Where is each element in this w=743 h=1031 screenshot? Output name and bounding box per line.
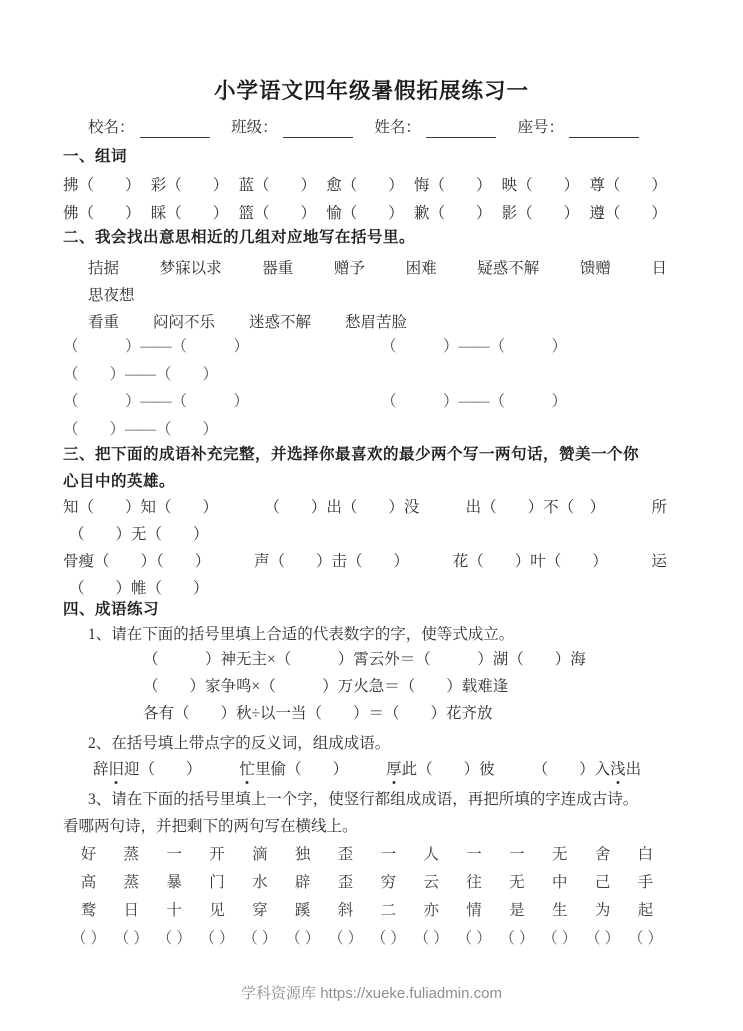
grid-col: 蒸蒸日（ ）: [114, 841, 149, 953]
grid-col: 歪歪斜（ ）: [328, 841, 363, 953]
grid-char: 日: [124, 897, 140, 925]
antonym-group: 厚此（ ）彼: [386, 759, 495, 781]
grid-col: 无中生（ ）: [542, 841, 577, 953]
answer-line: （ ）——（ ）（ ）——（ ）: [63, 333, 667, 361]
antonym-char: 此（ ）彼: [402, 761, 495, 778]
answer-line: （ ）——（ ）: [63, 416, 667, 444]
antonym-line: 辞旧迎（ ）忙里偷（ ）厚此（ ）彼（ ）入浅出: [63, 759, 697, 781]
grid-char: 门: [209, 869, 225, 897]
idiom-line-1: 知（ ）知（ ）（ ）出（ ）没出（ ）不（ ）所: [63, 494, 667, 521]
field-label: 座号：: [517, 118, 564, 138]
text-group: 声（ ）击（ ）: [254, 548, 409, 575]
zuci-pair: 歉（ ）: [414, 200, 492, 228]
grid-char: 一: [509, 841, 525, 869]
grid-char: 己: [595, 869, 611, 897]
answer-pair-right: [381, 416, 667, 444]
grid-char: 见: [209, 897, 225, 925]
answer-pair-right: [381, 361, 667, 389]
text-group: 器重: [262, 255, 293, 282]
antonym-char: （ ）入: [533, 761, 611, 778]
grid-char: 好: [81, 841, 97, 869]
zuci-pair: 尊（ ）: [589, 172, 667, 200]
page-title: 小学语文四年级暑假拓展练习一: [0, 74, 743, 105]
grid-char: 鹜: [81, 897, 97, 925]
text-group: 出（ ）不（ ）: [466, 494, 606, 521]
grid-bracket: （ ）: [200, 925, 235, 953]
zuci-pair: 遵（ ）: [589, 200, 667, 228]
grid-char: 高: [81, 869, 97, 897]
answer-line: （ ）——（ ）: [63, 361, 667, 389]
grid-char: 云: [423, 869, 439, 897]
zuci-pair: 映（ ）: [502, 172, 580, 200]
text-group: 疑惑不解: [477, 255, 539, 282]
field-label: 班级：: [231, 118, 278, 138]
grid-col: 开门见（ ）: [200, 841, 235, 953]
grid-bracket: （ ）: [585, 925, 620, 953]
word-line-3: 看重闷闷不乐迷惑不解愁眉苦脸: [63, 309, 667, 336]
grid-char: 无: [509, 869, 525, 897]
grid-char: 无: [552, 841, 568, 869]
antonym-char: 里偷（ ）: [255, 761, 348, 778]
grid-bracket: （ ）: [114, 925, 149, 953]
zuci-pair: 影（ ）: [502, 200, 580, 228]
section3-heading: 三、把下面的成语补充完整，并选择你最喜欢的最少两个写一两句话，赞美一个你心目中的…: [63, 441, 643, 495]
field-underline: [283, 122, 353, 138]
synonym-word-bank: 拮据梦寐以求器重赠予困难疑惑不解馈赠日 思夜想 看重闷闷不乐迷惑不解愁眉苦脸: [63, 255, 667, 336]
idiom-grid: 好高鹜（ ）蒸蒸日（ ）一暴十（ ）开门见（ ）滴水穿（ ）独辟蹊（ ）歪歪斜（…: [63, 841, 667, 953]
number-equations: （ ）神无主×（ ）霄云外＝（ ）湖（ ）海 （ ）家争鸣×（ ）万火急＝（ ）…: [63, 646, 667, 727]
idiom-line-2: （ ）无（ ）: [63, 521, 667, 548]
grid-bracket: （ ）: [542, 925, 577, 953]
text-group: 所: [651, 494, 667, 521]
field-label: 校名：: [88, 118, 135, 138]
zuci-row-1: 拂（ ）彩（ ）蓝（ ）愈（ ）悔（ ）映（ ）尊（ ）: [63, 172, 667, 200]
antonym-char: 出: [626, 761, 642, 778]
grid-col: 独辟蹊（ ）: [285, 841, 320, 953]
zuci-row-2: 佛（ ）睬（ ）篮（ ）愉（ ）歉（ ）影（ ）遵（ ）: [63, 200, 667, 228]
zuci-pair: 愉（ ）: [326, 200, 404, 228]
grid-char: 歪: [338, 841, 354, 869]
antonym-group: （ ）入浅出: [533, 759, 642, 781]
text-group: 思夜想: [88, 282, 135, 309]
field-underline: [426, 122, 496, 138]
equation-line-1: （ ）神无主×（ ）霄云外＝（ ）湖（ ）海: [63, 646, 667, 673]
header-fields: 校名：班级：姓名：座号：: [63, 118, 667, 138]
grid-bracket: （ ）: [242, 925, 277, 953]
grid-col: 好高鹜（ ）: [71, 841, 106, 953]
grid-char: 斜: [338, 897, 354, 925]
zuci-rows: 拂（ ）彩（ ）蓝（ ）愈（ ）悔（ ）映（ ）尊（ ） 佛（ ）睬（ ）篮（ …: [63, 172, 667, 228]
grid-char: 中: [552, 869, 568, 897]
antonym-char: 浅: [610, 759, 626, 781]
grid-char: 人: [423, 841, 439, 869]
word-line-2: 思夜想: [63, 282, 667, 309]
grid-char: 手: [638, 869, 654, 897]
grid-char: 舍: [595, 841, 611, 869]
answer-pair-right: （ ）——（ ）: [381, 388, 667, 416]
answer-line: （ ）——（ ）（ ）——（ ）: [63, 388, 667, 416]
header-field: 座号：: [517, 118, 639, 138]
field-underline: [569, 122, 639, 138]
answer-pair-right: （ ）——（ ）: [381, 333, 667, 361]
zuci-pair: 睬（ ）: [151, 200, 229, 228]
grid-col: 一穷二（ ）: [371, 841, 406, 953]
grid-col: 白手起（ ）: [628, 841, 663, 953]
grid-char: 辟: [295, 869, 311, 897]
text-group: 知（ ）知（ ）: [63, 494, 218, 521]
antonym-char: 旧: [109, 759, 125, 781]
zuci-pair: 彩（ ）: [151, 172, 229, 200]
sub2-instruction: 2、在括号填上带点字的反义词，组成成语。: [63, 734, 667, 754]
text-group: 闷闷不乐: [153, 309, 215, 336]
grid-char: 生: [552, 897, 568, 925]
text-group: （ ）无（ ）: [69, 521, 209, 548]
antonym-char: 忙: [240, 759, 256, 781]
zuci-pair: 蓝（ ）: [238, 172, 316, 200]
grid-bracket: （ ）: [328, 925, 363, 953]
zuci-pair: 佛（ ）: [63, 200, 141, 228]
answer-pair-left: （ ）——（ ）: [63, 361, 381, 389]
answer-pair-left: （ ）——（ ）: [63, 416, 381, 444]
text-group: 赠予: [334, 255, 365, 282]
grid-char: 为: [595, 897, 611, 925]
grid-char: 情: [466, 897, 482, 925]
grid-char: 往: [466, 869, 482, 897]
grid-char: 蒸: [124, 869, 140, 897]
zuci-pair: 愈（ ）: [326, 172, 404, 200]
sub1-instruction: 1、请在下面的括号里填上合适的代表数字的字，使等式成立。: [63, 625, 667, 645]
text-group: 困难: [406, 255, 437, 282]
grid-bracket: （ ）: [285, 925, 320, 953]
antonym-char: 厚: [386, 759, 402, 781]
grid-char: 开: [209, 841, 225, 869]
synonym-answer-lines: （ ）——（ ）（ ）——（ ）（ ）——（ ）（ ）——（ ）（ ）——（ ）…: [63, 333, 667, 444]
grid-col: 舍己为（ ）: [585, 841, 620, 953]
answer-pair-left: （ ）——（ ）: [63, 388, 381, 416]
grid-char: 是: [509, 897, 525, 925]
grid-char: 蹊: [295, 897, 311, 925]
grid-col: 滴水穿（ ）: [242, 841, 277, 953]
grid-char: 歪: [338, 869, 354, 897]
grid-char: 白: [638, 841, 654, 869]
grid-col: 人云亦（ ）: [414, 841, 449, 953]
grid-char: 起: [638, 897, 654, 925]
grid-bracket: （ ）: [499, 925, 534, 953]
equation-line-3: 各有（ ）秋÷以一当（ ）＝（ ）花齐放: [63, 700, 667, 727]
grid-col: 一暴十（ ）: [157, 841, 192, 953]
text-group: 拮据: [88, 255, 119, 282]
grid-char: 暴: [166, 869, 182, 897]
field-label: 姓名：: [374, 118, 421, 138]
grid-bracket: （ ）: [628, 925, 663, 953]
field-underline: [140, 122, 210, 138]
text-group: 迷惑不解: [249, 309, 311, 336]
section4-heading: 四、成语练习: [63, 600, 667, 620]
grid-char: 滴: [252, 841, 268, 869]
grid-char: 十: [166, 897, 182, 925]
idiom-line-3: 骨瘦（ ）（ ）声（ ）击（ ）花（ ）叶（ ）运: [63, 548, 667, 575]
grid-char: 穿: [252, 897, 268, 925]
text-group: （ ）出（ ）没: [264, 494, 419, 521]
grid-char: 蒸: [124, 841, 140, 869]
header-field: 校名：: [88, 118, 210, 138]
grid-char: 亦: [423, 897, 439, 925]
grid-char: 二: [381, 897, 397, 925]
text-group: 梦寐以求: [160, 255, 222, 282]
grid-bracket: （ ）: [371, 925, 406, 953]
grid-bracket: （ ）: [414, 925, 449, 953]
grid-char: 独: [295, 841, 311, 869]
word-line-1: 拮据梦寐以求器重赠予困难疑惑不解馈赠日: [63, 255, 667, 282]
section2-heading: 二、我会找出意思相近的几组对应地写在括号里。: [63, 228, 667, 248]
text-group: 日: [651, 255, 667, 282]
antonym-char: 辞: [93, 761, 109, 778]
grid-col: 一往情（ ）: [457, 841, 492, 953]
antonym-group: 辞旧迎（ ）: [93, 759, 202, 781]
equation-line-2: （ ）家争鸣×（ ）万火急＝（ ）载难逢: [63, 673, 667, 700]
text-group: 愁眉苦脸: [345, 309, 407, 336]
antonym-group: 忙里偷（ ）: [240, 759, 349, 781]
text-group: 花（ ）叶（ ）: [453, 548, 608, 575]
antonym-char: 迎（ ）: [124, 761, 202, 778]
zuci-pair: 篮（ ）: [238, 200, 316, 228]
grid-bracket: （ ）: [157, 925, 192, 953]
grid-char: 水: [252, 869, 268, 897]
text-group: 馈赠: [580, 255, 611, 282]
grid-bracket: （ ）: [457, 925, 492, 953]
section1-heading: 一、组词: [63, 147, 667, 167]
zuci-pair: 拂（ ）: [63, 172, 141, 200]
idiom-fill-lines: 知（ ）知（ ）（ ）出（ ）没出（ ）不（ ）所 （ ）无（ ） 骨瘦（ ）（…: [63, 494, 667, 602]
text-group: （ ）帷（ ）: [69, 575, 209, 602]
text-group: 看重: [88, 309, 119, 336]
header-field: 姓名：: [374, 118, 496, 138]
idiom-line-4: （ ）帷（ ）: [63, 575, 667, 602]
grid-char: 一: [166, 841, 182, 869]
grid-char: 一: [466, 841, 482, 869]
text-group: 骨瘦（ ）（ ）: [63, 548, 210, 575]
footer-credit: 学科资源库 https://xueke.fuliadmin.com: [0, 984, 743, 1004]
zuci-pair: 悔（ ）: [414, 172, 492, 200]
header-field: 班级：: [231, 118, 353, 138]
grid-bracket: （ ）: [71, 925, 106, 953]
sub3-instruction: 3、请在下面的括号里填上一个字，使竖行都组成成语，再把所填的字连成古诗。看哪两句…: [63, 786, 643, 840]
worksheet-page: 小学语文四年级暑假拓展练习一 校名：班级：姓名：座号： 一、组词 拂（ ）彩（ …: [0, 0, 743, 1031]
grid-char: 穷: [381, 869, 397, 897]
answer-pair-left: （ ）——（ ）: [63, 333, 381, 361]
grid-char: 一: [381, 841, 397, 869]
grid-col: 一无是（ ）: [499, 841, 534, 953]
text-group: 运: [651, 548, 667, 575]
